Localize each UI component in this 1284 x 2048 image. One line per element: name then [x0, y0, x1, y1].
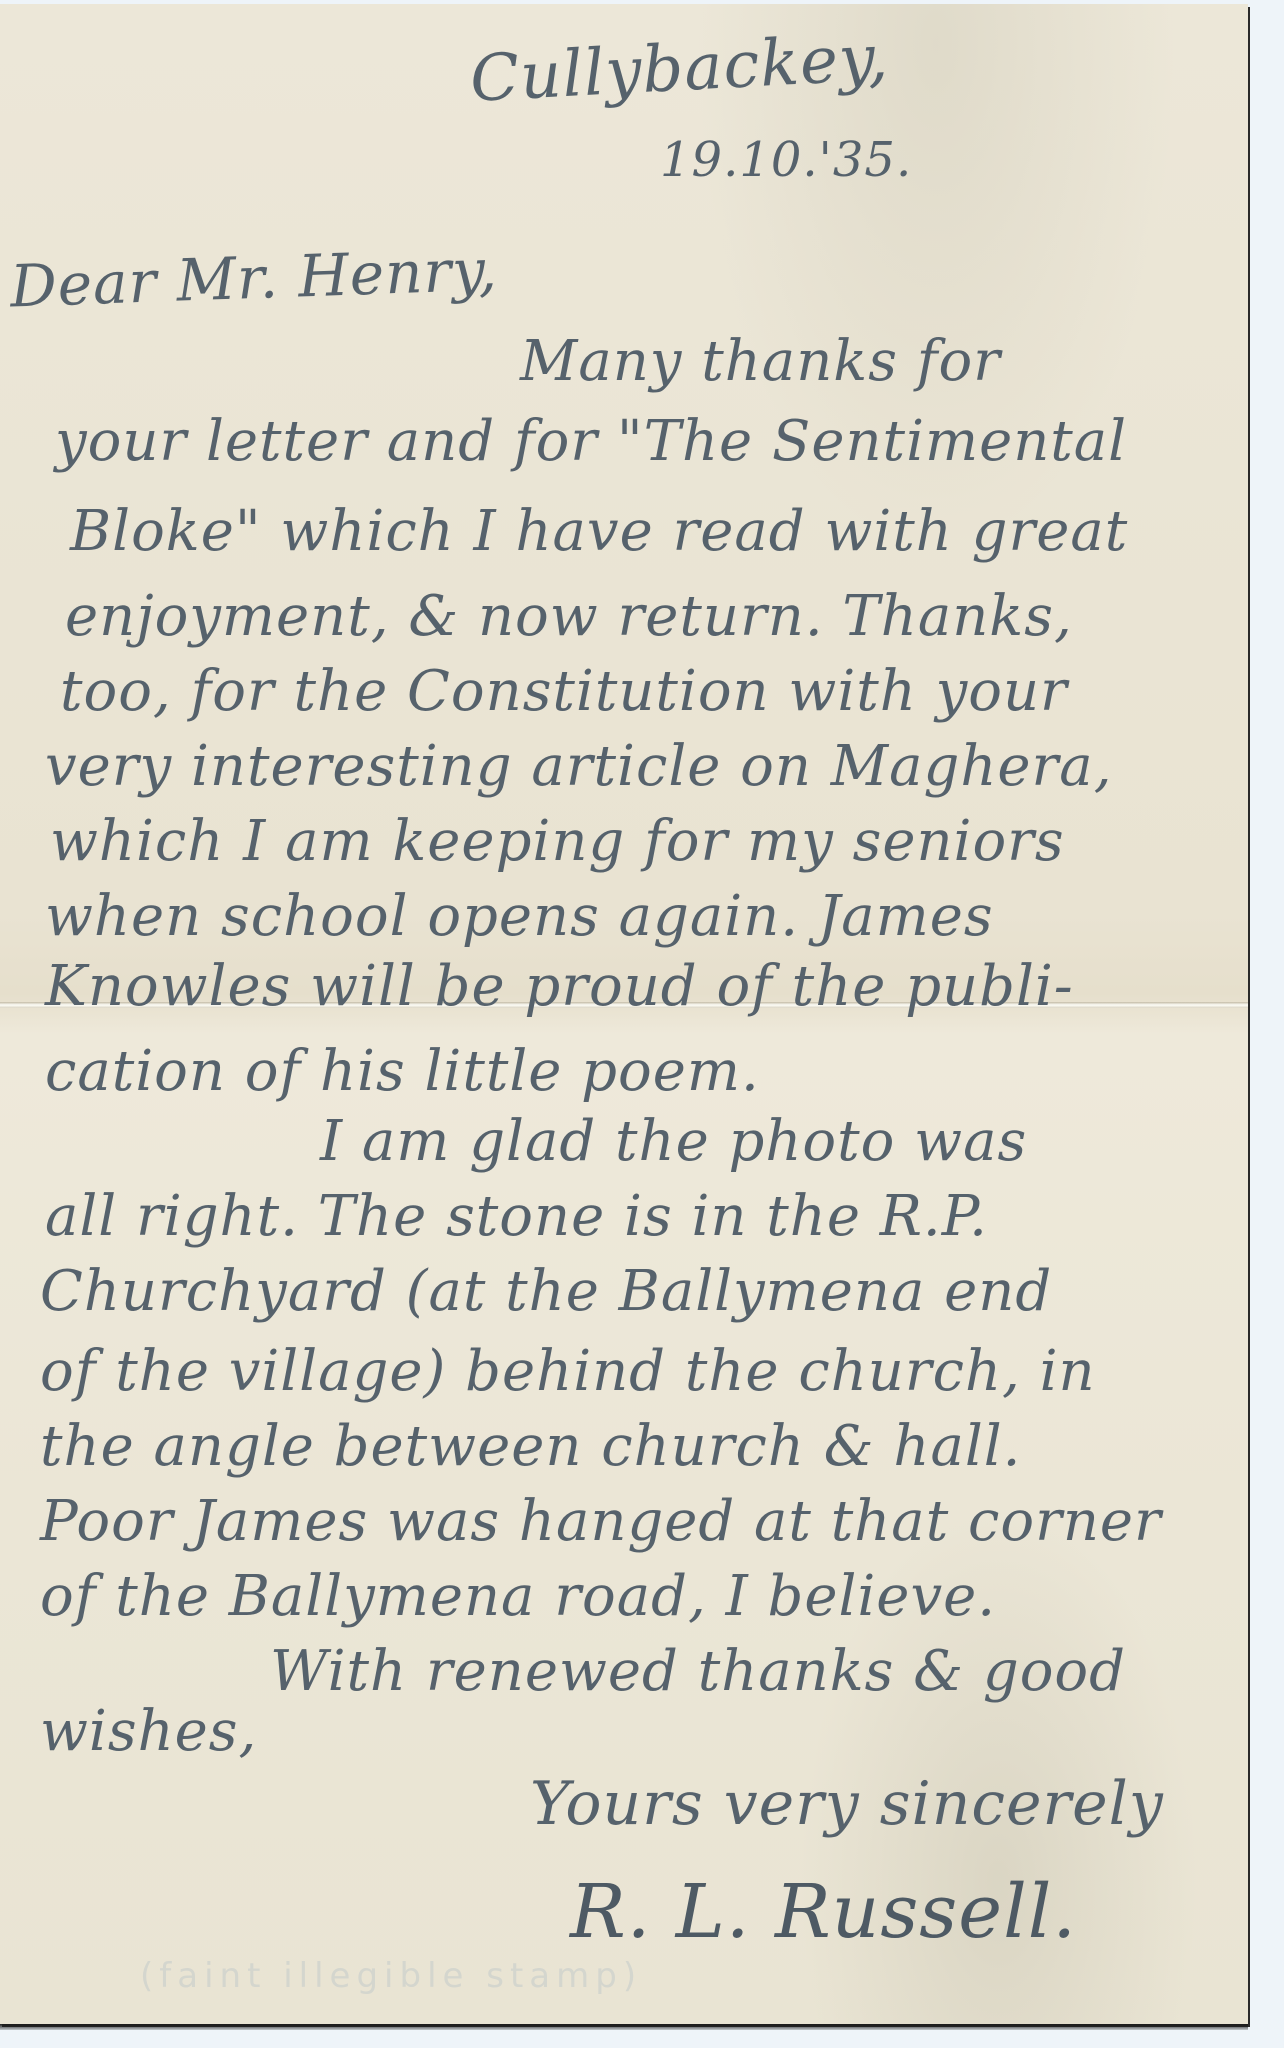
body-line: enjoyment, & now return. Thanks, — [65, 589, 1073, 645]
letter-date: 19.10.'35. — [660, 132, 912, 188]
faint-stamp: (faint illegible stamp) — [140, 1956, 642, 1996]
letter-paper: Cullybackey, 19.10.'35. Dear Mr. Henry, … — [0, 4, 1248, 2024]
letter-closing: Yours very sincerely — [530, 1774, 1164, 1834]
body-line: which I am keeping for my seniors — [50, 814, 1065, 870]
body-line: all right. The stone is in the R.P. — [45, 1189, 988, 1245]
body-line: your letter and for "The Sentimental — [55, 414, 1127, 470]
body-line: Knowles will be proud of the publi- — [45, 959, 1074, 1015]
scanned-document: Cullybackey, 19.10.'35. Dear Mr. Henry, … — [0, 0, 1284, 2048]
body-line: With renewed thanks & good — [270, 1644, 1126, 1700]
body-line: when school opens again. James — [45, 889, 994, 945]
body-line: very interesting article on Maghera, — [45, 739, 1113, 795]
body-line: Many thanks for — [520, 334, 1001, 390]
body-line: Churchyard (at the Ballymena end — [40, 1264, 1052, 1320]
body-line: cation of his little poem. — [45, 1044, 760, 1100]
body-line: of the village) behind the church, in — [40, 1344, 1096, 1400]
body-line: too, for the Constitution with your — [60, 664, 1068, 720]
letter-place: Cullybackey, — [468, 21, 890, 117]
body-line: wishes, — [40, 1704, 257, 1760]
body-line: the angle between church & hall. — [40, 1419, 1021, 1475]
body-line: Poor James was hanged at that corner — [40, 1494, 1162, 1550]
letter-signature: R. L. Russell. — [570, 1869, 1077, 1955]
letter-salutation: Dear Mr. Henry, — [9, 236, 499, 321]
body-line: Bloke" which I have read with great — [70, 504, 1128, 560]
body-line: of the Ballymena road, I believe. — [40, 1569, 996, 1625]
body-line: I am glad the photo was — [320, 1114, 1027, 1170]
